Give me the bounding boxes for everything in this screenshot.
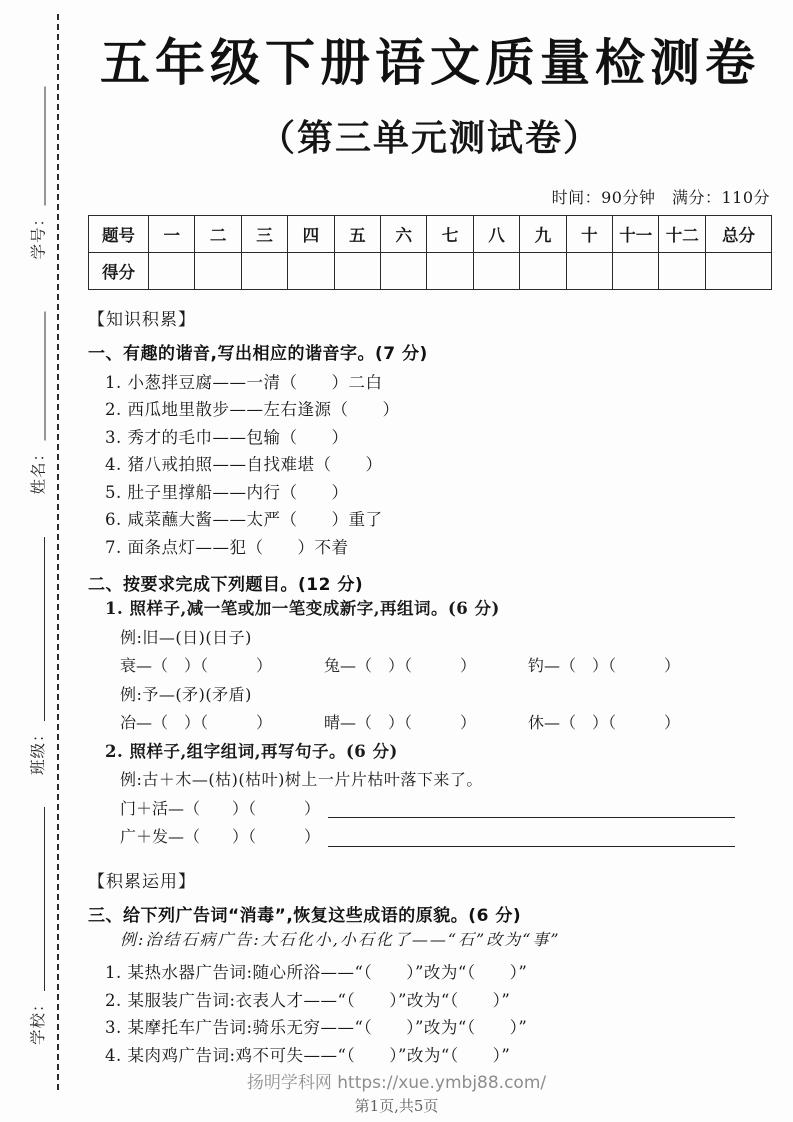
school-field: 学校： bbox=[27, 805, 49, 1045]
word-blank: 兔—（ ）（ ） bbox=[324, 652, 476, 681]
q2-word-row-1: 衰—（ ）（ ） 兔—（ ）（ ） 钓—（ ）（ ） bbox=[120, 652, 772, 681]
q2-sub2-heading: 2. 照样子,组字组词,再写句子。(6 分) bbox=[105, 738, 772, 767]
score-cell bbox=[473, 252, 519, 289]
score-table-header-cell: 题号 bbox=[89, 215, 149, 252]
score-table-header-cell: 二 bbox=[195, 215, 241, 252]
paper-title: 五年级下册语文质量检测卷 bbox=[88, 34, 772, 92]
score-cell bbox=[195, 252, 241, 289]
class-label: 班级： bbox=[27, 725, 49, 775]
score-cell bbox=[334, 252, 380, 289]
class-write-line bbox=[44, 537, 45, 721]
binding-dashed-line bbox=[57, 14, 59, 1090]
q2-build-line-2: 广＋发—（ ）（ ） bbox=[120, 823, 735, 852]
score-cell bbox=[427, 252, 473, 289]
score-cell bbox=[241, 252, 287, 289]
word-blank: 钓—（ ）（ ） bbox=[528, 652, 680, 681]
word-blank: 衰—（ ）（ ） bbox=[120, 652, 272, 681]
score-cell bbox=[659, 252, 706, 289]
sentence-answer-line bbox=[328, 817, 735, 818]
score-table-header-cell: 八 bbox=[473, 215, 519, 252]
score-cell bbox=[288, 252, 334, 289]
word-blank: 门＋活—（ ）（ ） bbox=[120, 795, 320, 824]
q1-item-5: 5. 肚子里撑船——内行（ ） bbox=[105, 479, 772, 507]
test-paper-page: 学号： 姓名： 班级： 学校： 五年级下册语文质量检测卷 （第三单元测试卷） 时… bbox=[0, 0, 793, 1122]
score-cell bbox=[149, 252, 195, 289]
school-label: 学校： bbox=[27, 995, 49, 1045]
q3-example: 例:治结石病广告:大石化小,小石化了——“石”改为“事” bbox=[120, 926, 772, 955]
score-table-header-cell: 一 bbox=[149, 215, 195, 252]
q1-item-7: 7. 面条点灯——犯（ ）不着 bbox=[105, 534, 772, 562]
word-blank: 休—（ ）（ ） bbox=[528, 709, 680, 738]
score-table-header-cell: 六 bbox=[381, 215, 427, 252]
score-table: 题号 一 二 三 四 五 六 七 八 九 十 十一 十二 总分 得分 bbox=[88, 215, 772, 290]
score-table-header-cell: 三 bbox=[241, 215, 287, 252]
score-cell bbox=[520, 252, 566, 289]
question-1-heading: 一、有趣的谐音,写出相应的谐音字。(7 分) bbox=[88, 339, 772, 364]
score-table-header-cell: 十 bbox=[566, 215, 612, 252]
class-field: 班级： bbox=[27, 535, 49, 775]
score-table-header-cell: 七 bbox=[427, 215, 473, 252]
score-table-header-cell: 十一 bbox=[613, 215, 659, 252]
q2-example-1: 例:旧—(日)(日子) bbox=[120, 624, 772, 653]
question-2-heading: 二、按要求完成下列题目。(12 分) bbox=[88, 570, 772, 595]
question-3-items: 1. 某热水器广告词:随心所浴——“（ ）”改为“（ ）” 2. 某服装广告词:… bbox=[88, 959, 772, 1069]
question-1-items: 1. 小葱拌豆腐——一清（ ）二白 2. 西瓜地里散步——左右逢源（ ） 3. … bbox=[88, 369, 772, 562]
school-write-line bbox=[44, 807, 45, 991]
q3-item-1: 1. 某热水器广告词:随心所浴——“（ ）”改为“（ ）” bbox=[105, 959, 772, 987]
q2-example-2: 例:予—(矛)(矛盾) bbox=[120, 681, 772, 710]
word-blank: 晴—（ ）（ ） bbox=[324, 709, 476, 738]
paper-content: 五年级下册语文质量检测卷 （第三单元测试卷） 时间：90分钟 满分：110分 题… bbox=[88, 26, 772, 1069]
score-table-header-cell: 九 bbox=[520, 215, 566, 252]
score-cell bbox=[566, 252, 612, 289]
score-table-header-cell: 五 bbox=[334, 215, 380, 252]
word-blank: 广＋发—（ ）（ ） bbox=[120, 823, 320, 852]
score-table-header-cell: 十二 bbox=[659, 215, 706, 252]
footer-site-link: 扬明学科网 https://xue.ymbj88.com/ bbox=[0, 1068, 793, 1093]
score-cell bbox=[613, 252, 659, 289]
student-id-field: 学号： bbox=[28, 85, 50, 260]
sentence-answer-line bbox=[328, 846, 735, 847]
score-cell bbox=[381, 252, 427, 289]
q3-item-2: 2. 某服装广告词:衣表人才——“（ ）”改为“（ ）” bbox=[105, 987, 772, 1015]
q1-item-4: 4. 猪八戒拍照——自找难堪（ ） bbox=[105, 451, 772, 479]
student-name-write-line bbox=[45, 312, 46, 441]
score-cell bbox=[706, 252, 772, 289]
score-table-score-row: 得分 bbox=[89, 252, 772, 289]
q1-item-6: 6. 咸菜蘸大酱——太严（ ）重了 bbox=[105, 506, 772, 534]
section-banner-knowledge: 【知识积累】 bbox=[88, 305, 772, 330]
footer-page-number: 第1页,共5页 bbox=[0, 1095, 793, 1116]
time-score-info: 时间：90分钟 满分：110分 bbox=[88, 185, 770, 208]
student-name-field: 姓名： bbox=[28, 310, 50, 495]
q2-build-line-1: 门＋活—（ ）（ ） bbox=[120, 795, 735, 824]
score-table-header-cell: 四 bbox=[288, 215, 334, 252]
q1-item-1: 1. 小葱拌豆腐——一清（ ）二白 bbox=[105, 369, 772, 397]
score-row-label: 得分 bbox=[89, 252, 149, 289]
q2-sub1-heading: 1. 照样子,减一笔或加一笔变成新字,再组词。(6 分) bbox=[105, 595, 772, 624]
paper-subtitle: （第三单元测试卷） bbox=[88, 110, 772, 161]
q1-item-2: 2. 西瓜地里散步——左右逢源（ ） bbox=[105, 396, 772, 424]
question-3-heading: 三、给下列广告词“消毒”,恢复这些成语的原貌。(6 分) bbox=[88, 901, 772, 926]
score-table-header-cell: 总分 bbox=[706, 215, 772, 252]
score-table-header-row: 题号 一 二 三 四 五 六 七 八 九 十 十一 十二 总分 bbox=[89, 215, 772, 252]
q3-item-4: 4. 某肉鸡广告词:鸡不可失——“（ ）”改为“（ ）” bbox=[105, 1042, 772, 1070]
student-id-write-line bbox=[45, 87, 46, 206]
q2-example-3: 例:古＋木—(枯)(枯叶)树上一片片枯叶落下来了。 bbox=[120, 766, 772, 795]
section-banner-application: 【积累运用】 bbox=[88, 867, 772, 892]
page-footer: 扬明学科网 https://xue.ymbj88.com/ 第1页,共5页 bbox=[0, 1068, 793, 1116]
student-id-label: 学号： bbox=[28, 210, 50, 260]
word-blank: 冶—（ ）（ ） bbox=[120, 709, 272, 738]
q2-word-row-2: 冶—（ ）（ ） 晴—（ ）（ ） 休—（ ）（ ） bbox=[120, 709, 772, 738]
q1-item-3: 3. 秀才的毛巾——包输（ ） bbox=[105, 424, 772, 452]
student-name-label: 姓名： bbox=[28, 445, 50, 495]
q3-item-3: 3. 某摩托车广告词:骑乐无穷——“（ ）”改为“（ ）” bbox=[105, 1014, 772, 1042]
